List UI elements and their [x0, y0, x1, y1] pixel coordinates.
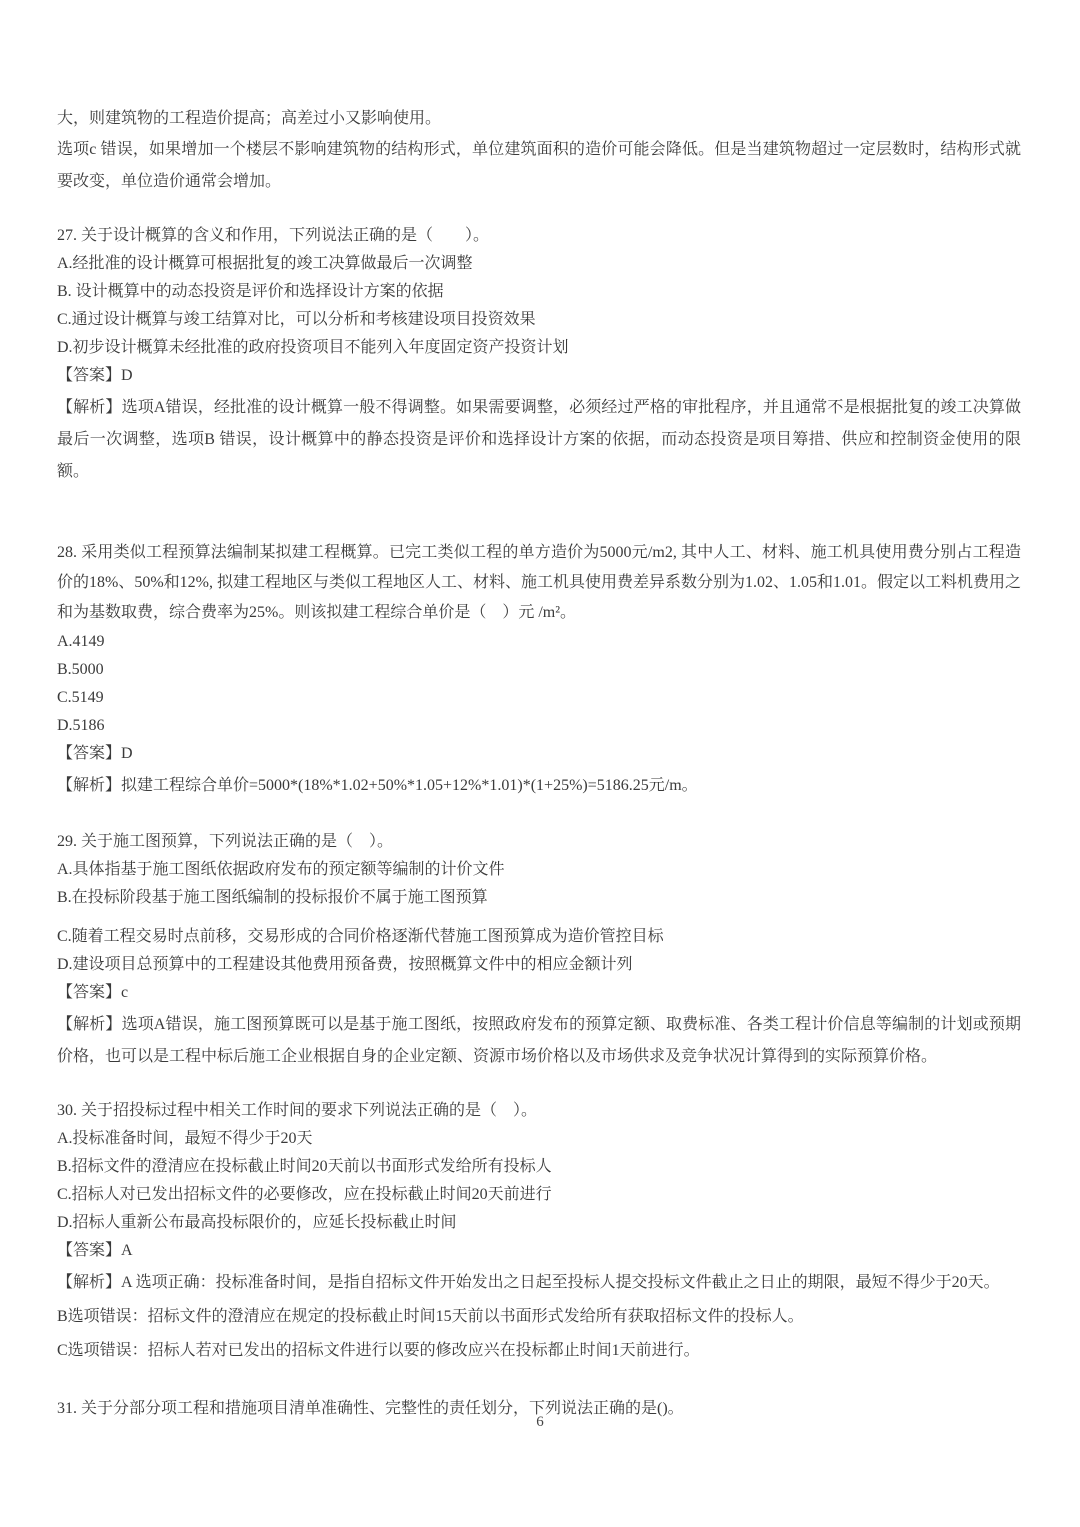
page-number: 6	[536, 1414, 544, 1430]
question-30-option-a: A.投标准备时间，最短不得少于20天	[57, 1125, 1021, 1153]
question-30-option-c: C.招标人对已发出招标文件的必要修改，应在投标截止时间20天前进行	[57, 1181, 1021, 1209]
question-28-option-b: B.5000	[57, 656, 1021, 684]
question-28-analysis: 【解析】拟建工程综合单价=5000*(18%*1.02+50%*1.05+12%…	[57, 770, 1021, 802]
question-29-option-a: A.具体指基于施工图纸依据政府发布的预定额等编制的计价文件	[57, 856, 1021, 884]
question-30-answer: 【答案】A	[57, 1237, 1021, 1265]
question-28-option-a: A.4149	[57, 628, 1021, 656]
question-29-option-b: B.在投标阶段基于施工图纸编制的投标报价不属于施工图预算	[57, 884, 1021, 912]
document-page-content: 大，则建筑物的工程造价提高；高差过小又影响使用。 选项c 错误，如果增加一个楼层…	[57, 104, 1021, 1423]
question-27-stem: 27. 关于设计概算的含义和作用，下列说法正确的是（ ）。	[57, 222, 1021, 250]
question-30-option-d: D.招标人重新公布最高投标限价的，应延长投标截止时间	[57, 1209, 1021, 1237]
question-29-answer: 【答案】c	[57, 979, 1021, 1007]
question-27-answer: 【答案】D	[57, 362, 1021, 390]
question-block-27: 27. 关于设计概算的含义和作用，下列说法正确的是（ ）。 A.经批准的设计概算…	[57, 222, 1021, 488]
question-28-stem: 28. 采用类似工程预算法编制某拟建工程概算。已完工类似工程的单方造价为5000…	[57, 538, 1021, 628]
question-30-option-b: B.招标文件的澄清应在投标截止时间20天前以书面形式发给所有投标人	[57, 1153, 1021, 1181]
question-29-stem: 29. 关于施工图预算，下列说法正确的是（ ）。	[57, 828, 1021, 856]
carryover-paragraph: 选项c 错误，如果增加一个楼层不影响建筑物的结构形式，单位建筑面积的造价可能会降…	[57, 134, 1021, 198]
question-block-30: 30. 关于招投标过程中相关工作时间的要求下列说法正确的是（ ）。 A.投标准备…	[57, 1097, 1021, 1367]
question-30-analysis-b: B选项错误：招标文件的澄清应在规定的投标截止时间15天前以书面形式发给所有获取招…	[57, 1301, 1021, 1333]
question-29-option-d: D.建设项目总预算中的工程建设其他费用预备费，按照概算文件中的相应金额计列	[57, 951, 1021, 979]
question-29-analysis: 【解析】选项A错误，施工图预算既可以是基于施工图纸，按照政府发布的预算定额、取费…	[57, 1009, 1021, 1073]
question-30-analysis-a: 【解析】A 选项正确：投标准备时间，是指自招标文件开始发出之日起至投标人提交投标…	[57, 1267, 1021, 1299]
question-27-option-b: B. 设计概算中的动态投资是评价和选择设计方案的依据	[57, 278, 1021, 306]
question-27-analysis: 【解析】选项A错误，经批准的设计概算一般不得调整。如果需要调整，必须经过严格的审…	[57, 392, 1021, 488]
question-29-option-c: C.随着工程交易时点前移，交易形成的合同价格逐渐代替施工图预算成为造价管控目标	[57, 923, 1021, 951]
question-27-option-c: C.通过设计概算与竣工结算对比，可以分析和考核建设项目投资效果	[57, 306, 1021, 334]
question-28-answer: 【答案】D	[57, 740, 1021, 768]
question-28-option-c: C.5149	[57, 684, 1021, 712]
question-30-stem: 30. 关于招投标过程中相关工作时间的要求下列说法正确的是（ ）。	[57, 1097, 1021, 1125]
carryover-text-line: 大，则建筑物的工程造价提高；高差过小又影响使用。	[57, 104, 1021, 134]
question-block-29: 29. 关于施工图预算，下列说法正确的是（ ）。 A.具体指基于施工图纸依据政府…	[57, 828, 1021, 1073]
question-30-analysis-c: C选项错误：招标人若对已发出的招标文件进行以要的修改应兴在投标都止时间1天前进行…	[57, 1335, 1021, 1367]
question-28-option-d: D.5186	[57, 712, 1021, 740]
page-footer: 6	[0, 1414, 1080, 1431]
question-block-28: 28. 采用类似工程预算法编制某拟建工程概算。已完工类似工程的单方造价为5000…	[57, 538, 1021, 802]
question-27-option-d: D.初步设计概算未经批准的政府投资项目不能列入年度固定资产投资计划	[57, 334, 1021, 362]
question-27-option-a: A.经批准的设计概算可根据批复的竣工决算做最后一次调整	[57, 250, 1021, 278]
